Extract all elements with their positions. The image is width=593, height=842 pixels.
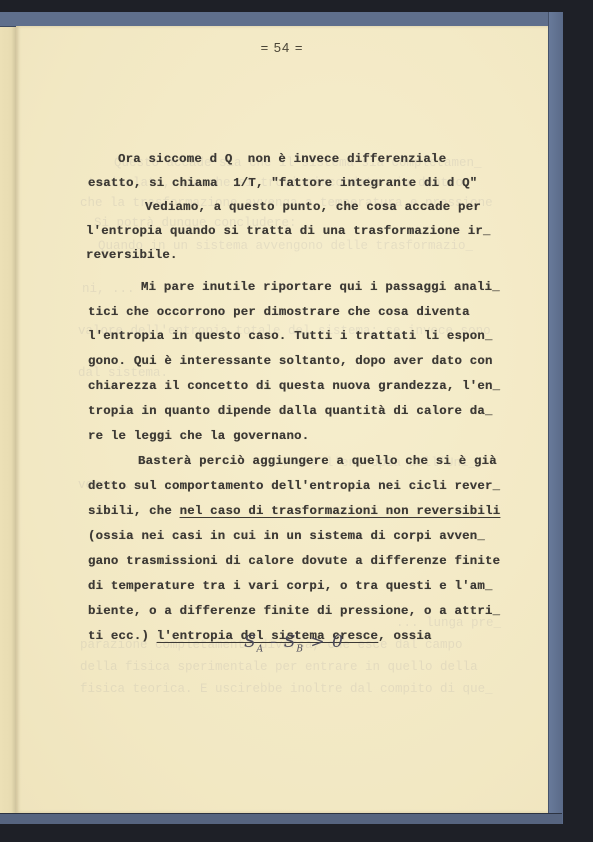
text-line: Basterà perciò aggiungere a quello che s… (138, 454, 497, 468)
text-line: (ossia nei casi in cui in un sistema di … (88, 529, 485, 543)
previous-page-edge (0, 20, 16, 816)
text-line: Mi pare inutile riportare qui i passaggi… (141, 280, 500, 294)
handwritten-formula: SA - SB > 0 (244, 632, 344, 654)
text-segment: , ossia (378, 629, 431, 643)
binder-cover-right (548, 12, 563, 824)
formula-relation: > 0 (304, 632, 344, 652)
formula-symbol: S (244, 632, 257, 652)
text-line: esatto, si chiama 1/T, "fattore integran… (88, 176, 477, 190)
text-line: Ora siccome d Q non è invece differenzia… (118, 152, 446, 166)
text-line: reversibile. (86, 248, 178, 262)
text-line: chiarezza il concetto di questa nuova gr… (88, 379, 500, 393)
formula-symbol: S (284, 632, 297, 652)
underlined-emphasis: nel caso di trasformazioni non reversibi… (180, 504, 501, 518)
text-line: gano trasmissioni di calore dovute a dif… (88, 554, 500, 568)
text-line: di temperature tra i vari corpi, o tra q… (88, 579, 493, 593)
text-line: l'entropia in questo caso. Tutti i tratt… (88, 329, 493, 343)
text-line: Vediamo, a questo punto, che cosa accade… (145, 200, 481, 214)
text-line: tropia in quanto dipende dalla quantità … (88, 404, 493, 418)
text-line: tici che occorrono per dimostrare che co… (88, 305, 470, 319)
body-text: Ora siccome d Q non è invece differenzia… (16, 26, 548, 813)
text-segment: ti ecc.) (88, 629, 157, 643)
formula-subscript: B (296, 644, 304, 654)
text-line: l'entropia quando si tratta di una trasf… (86, 224, 491, 238)
binder-cover-bottom (0, 813, 562, 824)
formula-operator: - (264, 632, 284, 652)
binder-cover-top (0, 12, 562, 27)
text-line: re le leggi che la governano. (88, 429, 309, 443)
text-line: detto sul comportamento dell'entropia ne… (88, 479, 500, 493)
text-line: sibili, che nel caso di trasformazioni n… (88, 504, 500, 518)
text-line: gono. Qui è interessante soltanto, dopo … (88, 354, 493, 368)
text-segment: sibili, che (88, 504, 180, 518)
typewritten-page: = 54 = Questo accade sia che il sistema … (16, 26, 548, 813)
text-line: biente, o a differenze finite di pressio… (88, 604, 500, 618)
